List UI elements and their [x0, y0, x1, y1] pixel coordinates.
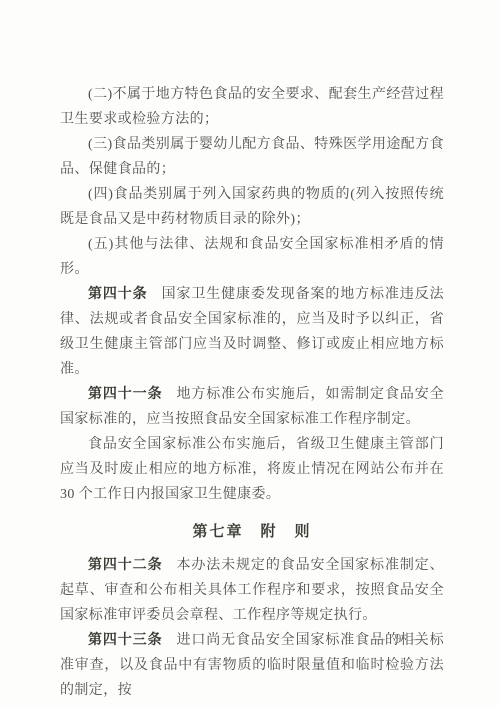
paragraph-text: (四)食品类别属于列入国家药典的物质的(列入按照传统既是食品又是中药材物质目录的…	[60, 187, 444, 227]
paragraph-text: 食品安全国家标准公布实施后，省级卫生健康主管部门应当及时废止相应的地方标准，将废…	[60, 437, 444, 502]
list-item-4: (四)食品类别属于列入国家药典的物质的(列入按照传统既是食品又是中药材物质目录的…	[60, 182, 444, 232]
paragraph-text: (三)食品类别属于婴幼儿配方食品、特殊医学用途配方食品、保健食品的；	[60, 137, 444, 177]
article-41-continuation: 食品安全国家标准公布实施后，省级卫生健康主管部门应当及时废止相应的地方标准，将废…	[60, 432, 444, 507]
article-number: 第四十条	[88, 287, 148, 302]
paragraph-text: (五)其他与法律、法规和食品安全国家标准相矛盾的情形。	[60, 237, 444, 277]
article-number: 第四十三条	[88, 633, 162, 648]
article-40: 第四十条国家卫生健康委发现备案的地方标准违反法律、法规或者食品安全国家标准的，应…	[60, 282, 444, 382]
document-body: (二)不属于地方特色食品的安全要求、配套生产经营过程卫生要求或检验方法的； (三…	[60, 82, 444, 703]
document-page: (二)不属于地方特色食品的安全要求、配套生产经营过程卫生要求或检验方法的； (三…	[0, 0, 500, 706]
article-number: 第四十一条	[88, 387, 162, 402]
page-number: — 9 —	[371, 632, 428, 648]
list-item-5: (五)其他与法律、法规和食品安全国家标准相矛盾的情形。	[60, 232, 444, 282]
list-item-2: (二)不属于地方特色食品的安全要求、配套生产经营过程卫生要求或检验方法的；	[60, 82, 444, 132]
chapter-heading: 第七章 附 则	[60, 520, 444, 545]
article-42: 第四十二条本办法未规定的食品安全国家标准制定、起草、审查和公布相关具体工作程序和…	[60, 553, 444, 628]
article-41: 第四十一条地方标准公布实施后，如需制定食品安全国家标准的，应当按照食品安全国家标…	[60, 382, 444, 432]
article-number: 第四十二条	[88, 558, 162, 573]
paragraph-text: (二)不属于地方特色食品的安全要求、配套生产经营过程卫生要求或检验方法的；	[60, 87, 444, 127]
list-item-3: (三)食品类别属于婴幼儿配方食品、特殊医学用途配方食品、保健食品的；	[60, 132, 444, 182]
